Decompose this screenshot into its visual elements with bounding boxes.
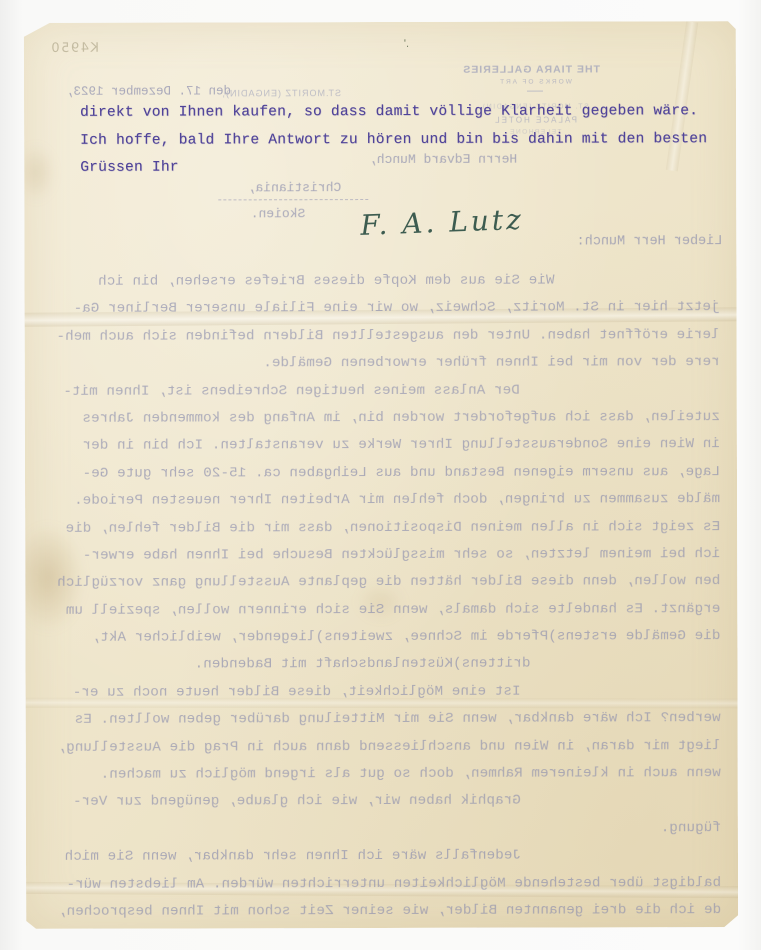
ghost-text-line: werben? Ich wäre dankbar, wenn Sie mir M… [29,705,721,734]
pencil-archive-number: K4950 [50,41,99,56]
fold-crease [26,698,738,709]
ghost-text-line: wenn auch in kleinerem Rahmen, doch so g… [29,760,721,789]
ghost-text-line: ben wollen, denn diese Bilder hätten die… [28,568,720,597]
scanned-letter-page: { "scan": { "pencil_note": "K4950", "let… [0,0,761,950]
ghost-text-line: zuteilen, dass ich aufgefordert worden b… [28,404,720,433]
ghost-text-line: baldigst über bestehende Möglichkeiten u… [29,870,721,899]
ghost-text-line: drittens)Küstenlandschaft mit Badenden. [28,651,720,680]
letter-body-ghost: Wie Sie aus dem Kopfe dieses Briefes ers… [27,267,721,926]
ghost-text-line: Jedenfalls wäre ich Ihnen sehr dankbar, … [29,842,721,871]
ghost-text-line: die Gemälde erstens)Pferde im Schnee, zw… [28,623,720,652]
salutation: Lieber Herr Munch: [577,234,723,249]
ghost-text-line: jetzt hier in St. Moritz, Schweiz, wo wi… [28,295,720,324]
letterhead-ghost: THE TIARA GALLERIES WORKS OF ART ST. MOR… [470,63,600,135]
dateline-printed-place: ST.MORITZ (ENGADIN), [221,88,341,98]
dateline-typed-date: den 17. Dezember 1923, [66,84,231,98]
ghost-text-line: mälde zusammen zu bringen, doch fehlen m… [28,486,720,515]
overleaf-showthrough: THE TIARA GALLERIES WORKS OF ART ST. MOR… [24,21,738,929]
closing-line-3: Grüssen Ihr [80,160,179,176]
letterhead-name: THE TIARA GALLERIES [470,63,600,75]
ghost-text-line: ergänzt. Es handelte sich damals, wenn S… [28,596,720,625]
letterhead-subtitle: WORKS OF ART [470,78,600,85]
recipient-city: Christiania, [248,180,342,195]
paper-stain [11,523,85,633]
letterhead-rule [527,91,543,92]
ghost-text-line: rere der von mir bei Ihnen früher erworb… [28,349,720,378]
ghost-text-line: Ist eine Möglichkeit, diese Bilder heute… [29,678,721,707]
recipient-district: Skoien. [251,206,306,221]
paper-stain [16,143,56,203]
ghost-text-line: Lage, aus unserm eigenen Bestand und aus… [28,459,720,488]
fold-crease [25,307,737,327]
ink-speck: '. [404,38,409,50]
recipient-underline [218,199,368,200]
ghost-text-line: Es zeigt sich in allen meinen Dispositio… [28,514,720,543]
ghost-text-line: ich bei meinem letzten, so sehr missglüc… [28,541,720,570]
ghost-text-line: Wie Sie aus dem Kopfe dieses Briefes ers… [27,267,719,296]
ghost-text-line: lerie eröffnet haben. Unter den ausgeste… [28,322,720,351]
fold-crease [26,882,738,898]
ghost-text-line: de ich die drei genannten Bilder, wie se… [29,897,721,926]
ghost-text-line: Graphik haben wir, wie ich glaube, genüg… [29,788,721,817]
fold-crease [666,21,698,171]
ghost-text-line: fügung. [29,815,721,844]
paper-stain [355,582,405,622]
recipient-name: Herrn Edvard Munch, [369,152,517,167]
signature-handwritten: F. A. Lutz [360,203,525,242]
ghost-text-line: in Wien eine Sonderausstellung Ihrer Wer… [28,431,720,460]
letter-sheet: '. K4950 THE TIARA GALLERIES WORKS OF AR… [24,21,738,929]
closing-line-1: direkt von Ihnen kaufen, so dass damit v… [80,103,698,121]
ghost-text-line: liegt mir daran, in Wien und anschliesse… [29,733,721,762]
ghost-text-line: Der Anlass meines heutigen Schreibens is… [28,377,720,406]
closing-line-2: Ich hoffe, bald Ihre Antwort zu hören un… [80,131,707,149]
